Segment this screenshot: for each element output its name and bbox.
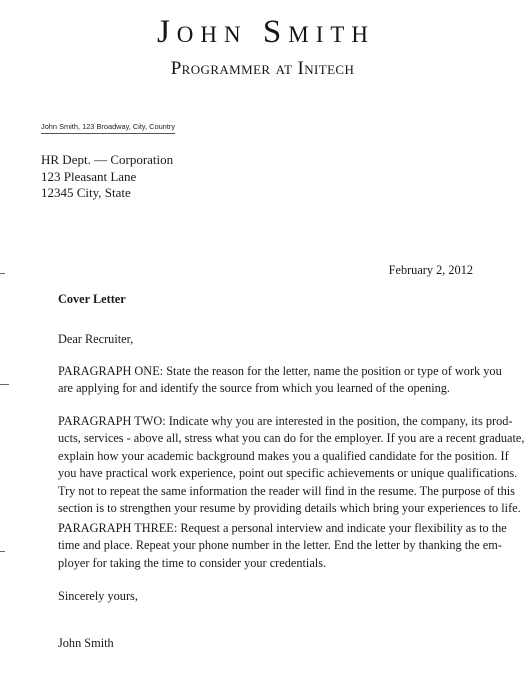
paragraph-two: PARAGRAPH TWO: Indicate why you are inte… bbox=[58, 413, 473, 517]
signature-name: John Smith bbox=[58, 635, 473, 652]
paragraph-line: PARAGRAPH THREE: Request a personal inte… bbox=[58, 520, 473, 537]
paragraph-one: PARAGRAPH ONE: State the reason for the … bbox=[58, 363, 473, 398]
paragraph-line: you have practical work experience, poin… bbox=[58, 465, 473, 482]
paragraph-line: ucts, services - above all, stress what … bbox=[58, 430, 473, 447]
paragraph-line: explain how your academic background mak… bbox=[58, 448, 473, 465]
margin-tick-mark bbox=[0, 273, 5, 274]
recipient-line: 12345 City, State bbox=[41, 185, 173, 202]
paragraph-line: PARAGRAPH TWO: Indicate why you are inte… bbox=[58, 413, 473, 430]
salutation: Dear Recruiter, bbox=[58, 331, 473, 348]
paragraph-line: time and place. Repeat your phone number… bbox=[58, 537, 473, 554]
closing: Sincerely yours, bbox=[58, 588, 473, 605]
paragraph-line: PARAGRAPH ONE: State the reason for the … bbox=[58, 363, 473, 380]
recipient-line: 123 Pleasant Lane bbox=[41, 169, 173, 186]
paragraph-three: PARAGRAPH THREE: Request a personal inte… bbox=[58, 520, 473, 572]
paragraph-line: Try not to repeat the same information t… bbox=[58, 483, 473, 500]
recipient-address-block: HR Dept. — Corporation 123 Pleasant Lane… bbox=[41, 152, 173, 202]
letter-subject: Cover Letter bbox=[58, 291, 126, 307]
letterhead-title: Programmer at Initech bbox=[0, 57, 525, 81]
recipient-line: HR Dept. — Corporation bbox=[41, 152, 173, 169]
paragraph-line: are applying for and identify the source… bbox=[58, 380, 473, 397]
paragraph-line: section is to strengthen your resume by … bbox=[58, 500, 473, 517]
sender-address-line: John Smith, 123 Broadway, City, Country bbox=[41, 122, 175, 134]
letter-date: February 2, 2012 bbox=[389, 262, 473, 278]
letterhead-name: John Smith bbox=[0, 12, 525, 52]
margin-tick-mark bbox=[0, 551, 5, 552]
paragraph-line: ployer for taking the time to consider y… bbox=[58, 555, 473, 572]
margin-tick-mark bbox=[0, 384, 9, 385]
